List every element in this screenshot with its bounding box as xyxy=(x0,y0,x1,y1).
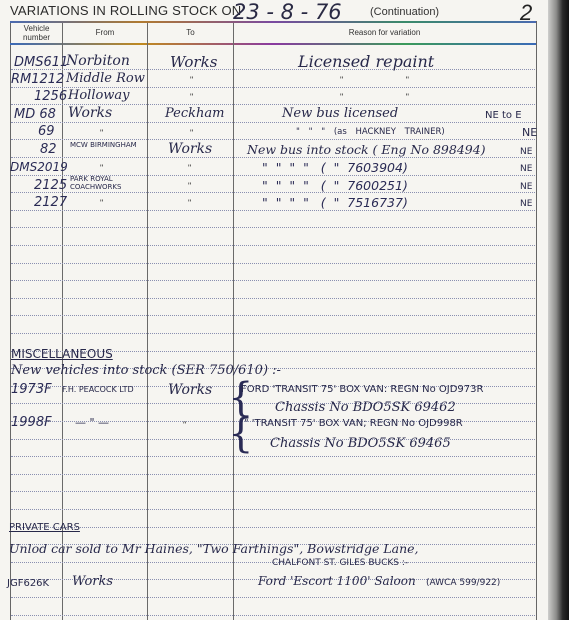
from-location: Works xyxy=(68,105,112,121)
vehicle-number: 2127 xyxy=(34,195,67,210)
column-header-reason: Reason for variation xyxy=(234,28,535,37)
from-location: — " — xyxy=(75,416,109,429)
from-location: Works xyxy=(72,574,113,589)
ruled-line xyxy=(11,491,535,492)
ruled-line xyxy=(11,456,535,457)
ruled-line xyxy=(11,315,535,316)
to-location: " xyxy=(190,128,193,138)
sale-details: Unlod car sold to Mr Haines, "Two Farthi… xyxy=(9,541,419,556)
ruled-line xyxy=(11,157,535,158)
reason: " " xyxy=(340,75,409,85)
vehicle-number: DMS611 xyxy=(14,55,68,70)
address-town: CHALFONT ST. GILES BUCKS :- xyxy=(272,558,408,568)
garage-note: NE xyxy=(520,182,532,192)
continuation-label: (Continuation) xyxy=(370,6,439,18)
garage-note: NE xyxy=(522,126,537,139)
ruled-line xyxy=(11,69,535,70)
ruled-line xyxy=(11,509,535,510)
to-location: " xyxy=(183,420,186,430)
table-top-rule xyxy=(10,21,536,23)
vehicle-number: 82 xyxy=(40,142,57,157)
vehicle-number: 1998F xyxy=(11,415,52,430)
ruled-line xyxy=(11,333,535,334)
scan-edge-shadow xyxy=(548,0,569,620)
vehicle-number: RM1212 xyxy=(11,72,64,87)
ruled-line xyxy=(11,597,535,598)
column-header-to: To xyxy=(148,28,233,37)
to-location: Peckham xyxy=(165,106,224,121)
ruled-line xyxy=(11,527,535,528)
reason: " " " " ( " 7600251) xyxy=(262,178,408,193)
ruled-line xyxy=(11,615,535,616)
ruled-line xyxy=(11,280,535,281)
ruled-line xyxy=(11,298,535,299)
reason: " " " (as HACKNEY TRAINER) xyxy=(296,127,445,137)
page-title: VARIATIONS IN ROLLING STOCK ON xyxy=(10,3,241,18)
reason: New bus licensed xyxy=(282,106,398,121)
column-divider xyxy=(147,23,148,620)
reason: " " xyxy=(340,92,409,102)
vehicle-number: 1256 xyxy=(34,89,67,104)
garage-note: NE xyxy=(520,164,532,174)
chassis-number: Chassis No BDO5SK 69462 xyxy=(275,400,456,415)
from-location: MCW BIRMINGHAM xyxy=(70,141,140,149)
section-heading: PRIVATE CARS xyxy=(9,522,80,533)
column-header-from: From xyxy=(63,28,147,37)
header-bottom-rule xyxy=(10,43,536,45)
ruled-line xyxy=(11,227,535,228)
to-location: Works xyxy=(168,141,212,157)
vehicle-number: 69 xyxy=(38,124,55,139)
to-location: " xyxy=(190,92,193,102)
from-location: Holloway xyxy=(68,88,130,103)
to-location: Works xyxy=(168,382,212,398)
chassis-number: Chassis No BDO5SK 69465 xyxy=(270,436,451,451)
reason: " " " " ( " 7516737) xyxy=(262,195,408,210)
garage-note: NE xyxy=(520,147,532,157)
vehicle-number: 1973F xyxy=(11,382,52,397)
garage-note: NE to E xyxy=(485,110,522,121)
section-heading: MISCELLANEOUS xyxy=(11,347,113,361)
from-location: PARK ROYAL COACHWORKS xyxy=(70,175,140,191)
to-location: " xyxy=(188,163,191,173)
column-divider xyxy=(233,23,234,620)
ruled-line xyxy=(11,474,535,475)
from-location: Norbiton xyxy=(66,53,130,69)
from-location: " xyxy=(100,128,103,138)
ruled-line xyxy=(11,403,535,404)
vehicle-description: FORD 'TRANSIT 75' BOX VAN: REGN No OJD97… xyxy=(241,384,483,395)
to-location: Works xyxy=(170,53,217,71)
from-location: " xyxy=(100,163,103,173)
reason: " " " " ( " 7603904) xyxy=(262,160,408,175)
to-location: " xyxy=(188,198,191,208)
from-location: F.H. PEACOCK LTD xyxy=(62,385,134,394)
vehicle-number: MD 68 xyxy=(14,107,56,122)
vehicle-description: Ford 'Escort 1100' Saloon xyxy=(258,574,416,588)
from-location: " xyxy=(100,198,103,208)
reason: Licensed repaint xyxy=(298,52,434,71)
to-location: " xyxy=(190,75,193,85)
vehicle-number: DMS2019 xyxy=(10,160,68,174)
vehicle-number: JGF626K xyxy=(7,578,49,589)
column-header-vehicle: Vehiclenumber xyxy=(11,24,62,42)
vehicle-number: 2125 xyxy=(34,178,67,193)
vehicle-description: " 'TRANSIT 75' BOX VAN; REGN No OJD998R xyxy=(244,418,463,429)
ruled-line xyxy=(11,245,535,246)
from-location: Middle Row xyxy=(66,71,145,86)
ruled-line xyxy=(11,122,535,123)
to-location: " xyxy=(188,181,191,191)
reference: (AWCA 599/922) xyxy=(426,578,500,588)
garage-note: NE xyxy=(520,199,532,209)
ruled-line xyxy=(11,263,535,264)
reason: New bus into stock ( Eng No 898494) xyxy=(247,142,486,157)
